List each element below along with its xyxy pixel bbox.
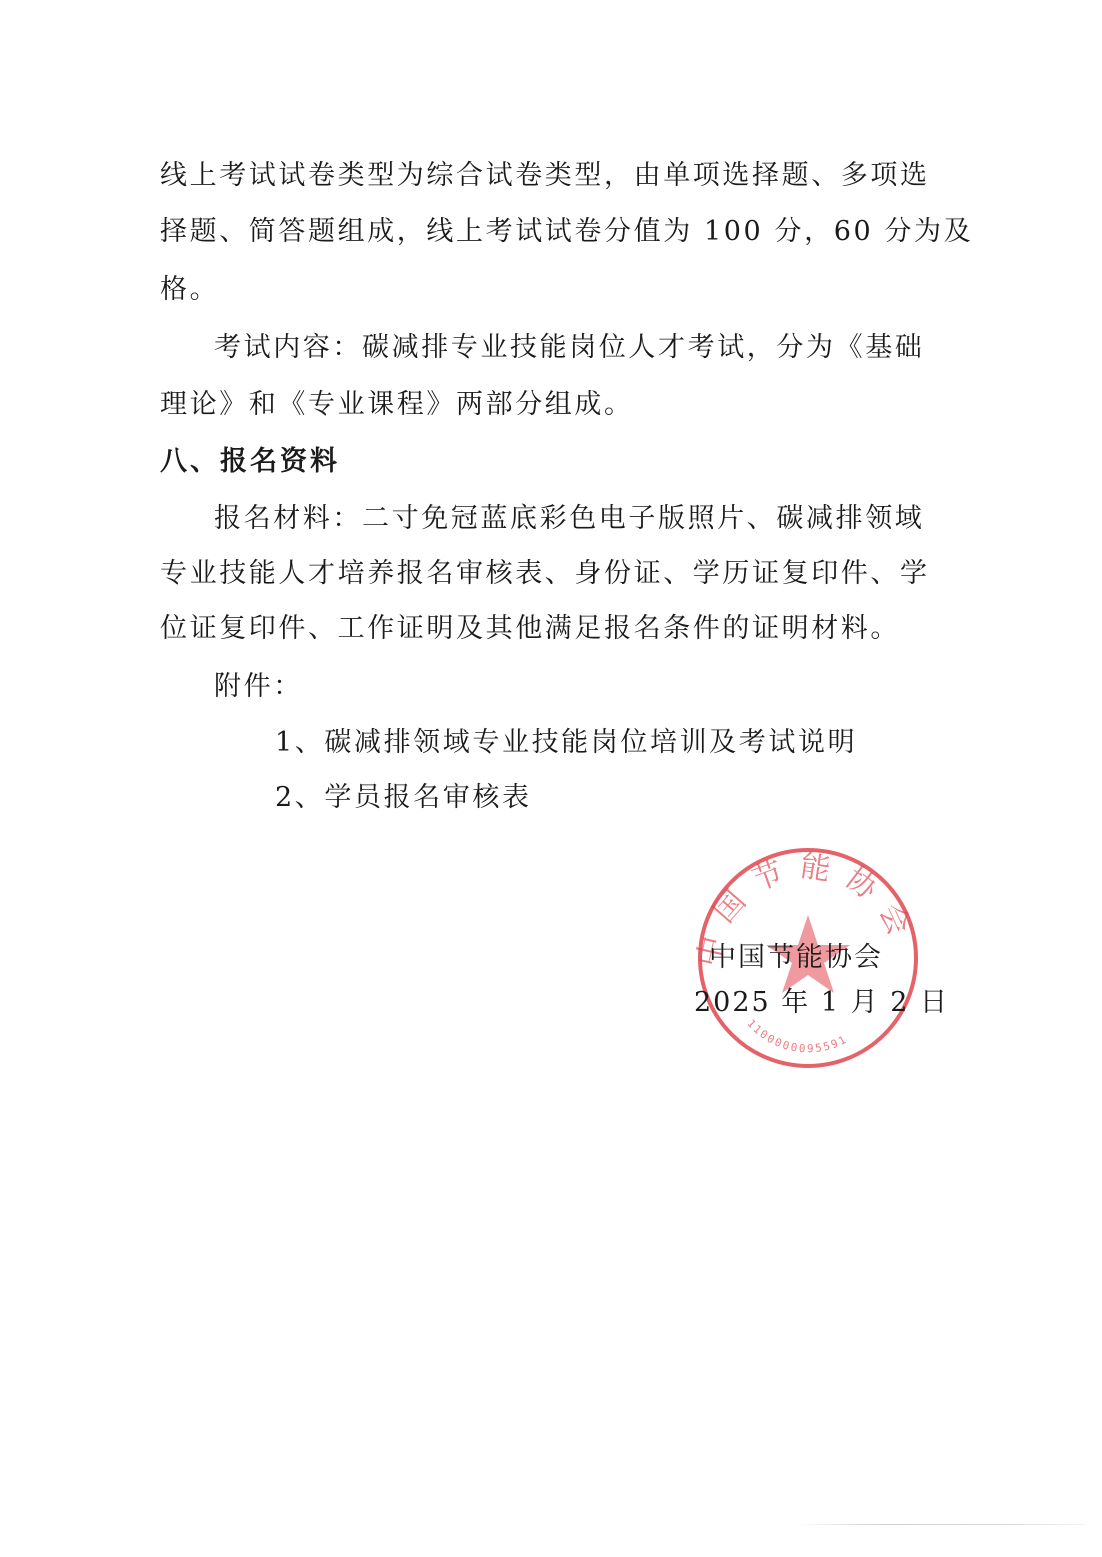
page-bottom-line: [795, 1524, 1085, 1525]
attachment-item-1: 1、碳减排领域专业技能岗位培训及考试说明: [275, 727, 857, 759]
exam-type-line-2: 择题、简答题组成，线上考试试卷分值为 100 分，60 分为及: [160, 216, 973, 248]
exam-type-line-3: 格。: [160, 274, 219, 306]
section-heading: 八、报名资料: [160, 446, 340, 478]
svg-text:1100000095591: 1100000095591: [744, 1017, 849, 1055]
attachment-item-2: 2、学员报名审核表: [275, 782, 532, 814]
attachments-label: 附件：: [214, 671, 303, 703]
materials-line-3: 位证复印件、工作证明及其他满足报名条件的证明材料。: [160, 613, 900, 645]
exam-content-line-1: 考试内容：碳减排专业技能岗位人才考试，分为《基础: [214, 332, 924, 364]
signature-organization: 中国节能协会: [709, 942, 883, 974]
materials-line-2: 专业技能人才培养报名审核表、身份证、学历证复印件、学: [160, 558, 930, 590]
exam-type-line-1: 线上考试试卷类型为综合试卷类型，由单项选择题、多项选: [160, 160, 930, 192]
signature-date: 2025 年 1 月 2 日: [694, 987, 949, 1019]
exam-content-line-2: 理论》和《专业课程》两部分组成。: [160, 389, 634, 421]
materials-line-1: 报名材料：二寸免冠蓝底彩色电子版照片、碳减排领域: [214, 503, 924, 535]
